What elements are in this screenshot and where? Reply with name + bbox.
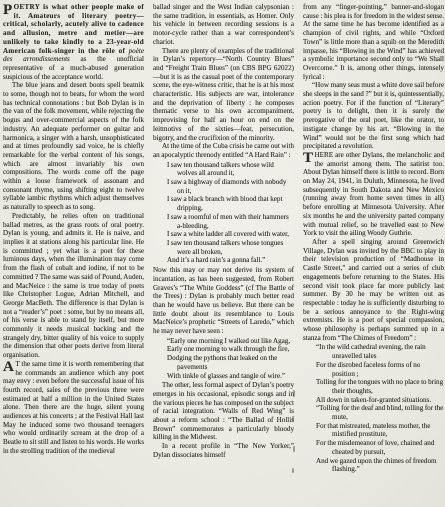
drop-cap-p: P (3, 3, 14, 17)
scan-artifact (292, 468, 294, 473)
article-column-1: POETRY is what other people make of it. … (3, 3, 144, 475)
paragraph-biography: THERE are other Dylans, the melancholic … (303, 151, 444, 238)
scan-artifact (293, 446, 295, 452)
paragraph-repertory: There are plenty of examples of the trad… (153, 47, 294, 143)
opening-paragraph: POETRY is what other people make of it. … (3, 3, 144, 81)
verse-line: I saw a roomful of men with their hammer… (160, 213, 294, 230)
scan-artifact (293, 390, 295, 397)
audience-text: T the same time it is worth remembering … (3, 360, 144, 455)
paragraph-new-yorker: In a recent profile in “The New Yorker,”… (153, 442, 294, 459)
verse-line: Dodging the pythons that leaked on the p… (160, 354, 294, 371)
scan-artifact (292, 416, 294, 421)
paragraph-action-poetry: “How many seas must a white dove sail be… (303, 81, 444, 151)
verse-line: I saw ten thousand talkers whose tongues… (160, 239, 294, 256)
verse-hard-rain: I saw ten thousand talkers whose wild wo… (160, 161, 294, 265)
verse-line: I saw a highway of diamonds with nobody … (160, 178, 294, 195)
opening-text: OETRY is what other people make of it. A… (3, 3, 144, 55)
drop-cap-a: A (3, 360, 15, 374)
verse-line: “In the wild cathedral evening, the rain… (310, 343, 444, 360)
verse-line: And it’s a hard rain’s a gonna fall.” (160, 256, 294, 265)
drop-cap-t: T (303, 151, 315, 165)
verse-line: With tinkle of glasses and tangle of wir… (160, 372, 294, 381)
paragraph-civil-rights: from any “finger-pointing,” banner-and-s… (303, 3, 444, 81)
verse-line: And we gazed upon the chimes of freedom … (310, 457, 444, 474)
verse-line: For that mistreated, mateless mother, th… (310, 422, 444, 439)
paragraph-incantation: Now this may or may not derive its syste… (153, 266, 294, 336)
verse-line: “Early one morning I walked out like Aga… (160, 337, 294, 346)
paragraph-cuba-crisis: At the time of the Cuba crisis he came o… (153, 142, 294, 159)
verse-line: I saw ten thousand talkers whose wild wo… (160, 161, 294, 178)
verse-line: Early one morning to walk through the fi… (160, 345, 294, 354)
paragraph-audience: AT the same time it is worth remembering… (3, 360, 144, 456)
verse-line: For the misdemeanor of love, chained and… (310, 439, 444, 456)
verse-line: Tolling for the tongues with no place to… (310, 378, 444, 395)
paragraph-ballad-metres: Predictably, he relies often on traditio… (3, 212, 144, 360)
verse-line: For the disrobed faceless forms of no po… (310, 361, 444, 378)
newspaper-clipping: POETRY is what other people make of it. … (0, 0, 445, 507)
article-columns: POETRY is what other people make of it. … (0, 0, 445, 475)
verse-line: All down in taken-for-granted situations… (310, 396, 444, 405)
article-column-3: from any “finger-pointing,” banner-and-s… (303, 3, 444, 475)
paragraph-ballad-singer: ballad singer and the West Indian calyps… (153, 3, 294, 47)
verse-chimes-of-freedom: “In the wild cathedral evening, the rain… (310, 343, 444, 474)
biography-text: HERE are other Dylans, the melancholic a… (303, 151, 444, 237)
verse-streets-of-laredo: “Early one morning I walked out like Aga… (160, 337, 294, 381)
verse-line: I saw a white ladder all covered with wa… (160, 230, 294, 239)
verse-line: “Tolling for the deaf and blind, tolling… (310, 404, 444, 421)
paragraph-blue-jeans: The blue jeans and desert boots spell be… (3, 81, 144, 212)
paragraph-occasional-songs: The other, less formal aspect of Dylan’s… (153, 381, 294, 442)
article-column-2: ballad singer and the West Indian calyps… (153, 3, 294, 475)
verse-line: I saw a black branch with blood that kep… (160, 195, 294, 212)
paragraph-greenwich-village: After a spell singing around Greenwich V… (303, 238, 444, 342)
